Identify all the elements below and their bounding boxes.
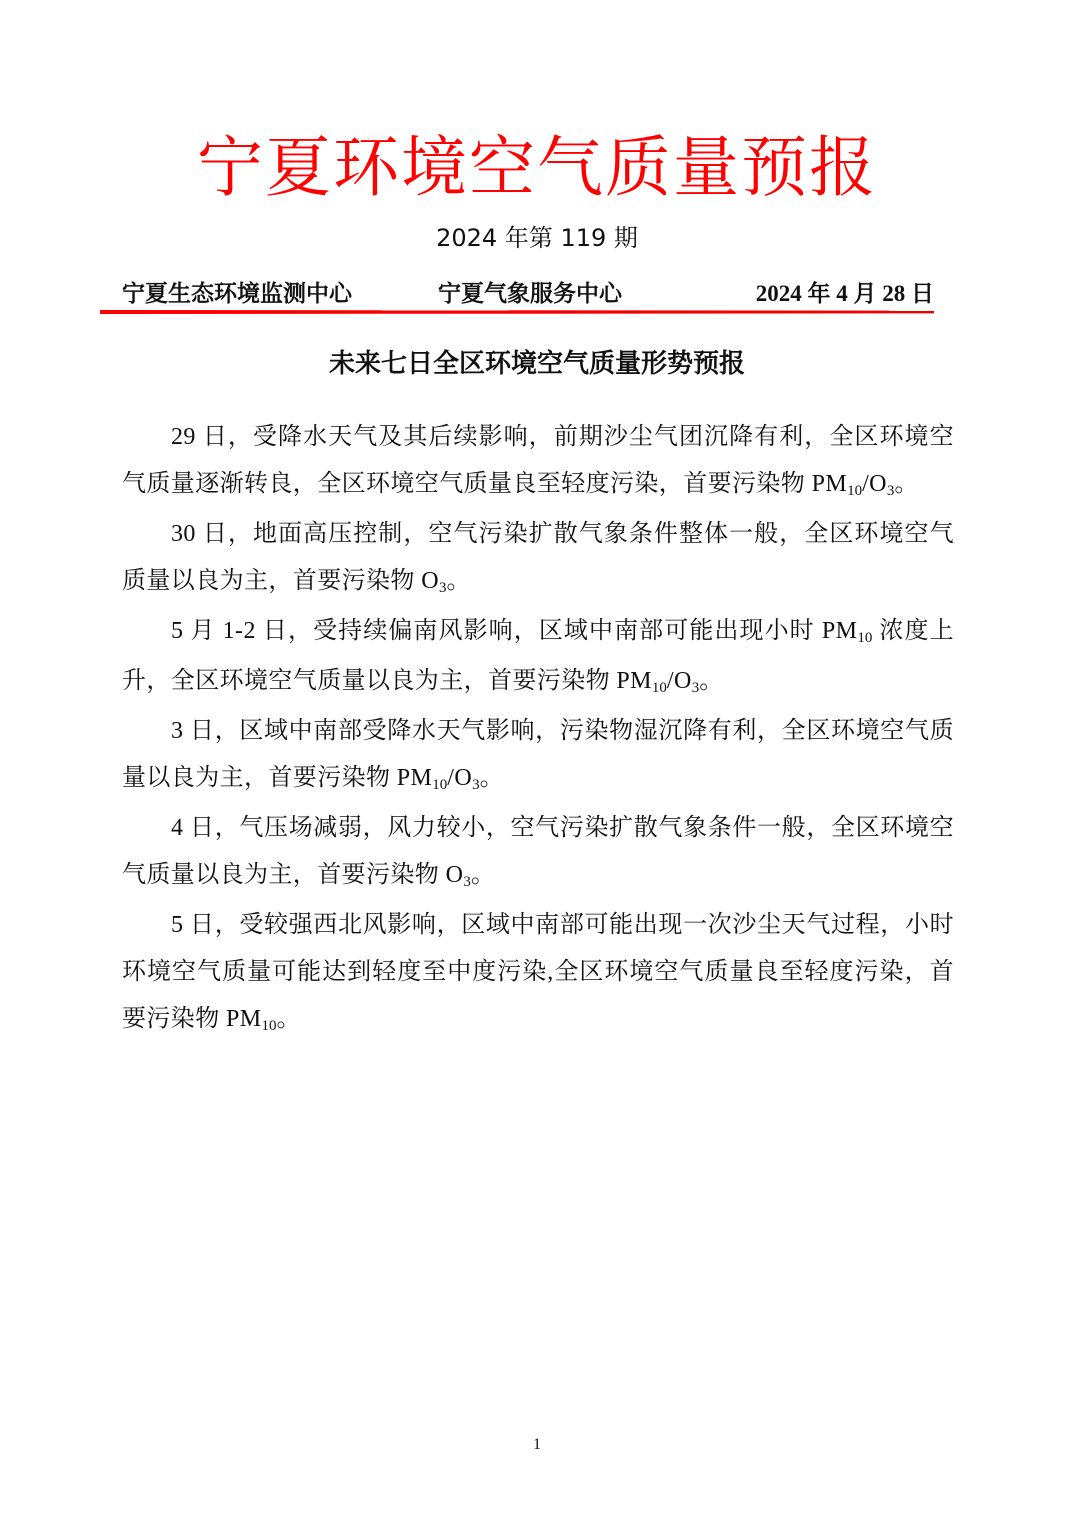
forecast-paragraph-day-4: 4 日，气压场减弱，风力较小，空气污染扩散气象条件一般，全区环境空气质量以良为主… bbox=[122, 805, 954, 902]
paragraph-text: 5 日，受较强西北风影响，区域中南部可能出现一次沙尘天气过程，小时环境空气质量可… bbox=[122, 912, 954, 1032]
forecast-paragraph-day-30: 30 日，地面高压控制，空气污染扩散气象条件整体一般，全区环境空气质量以良为主，… bbox=[122, 511, 954, 608]
paragraph-text: 29 日，受降水天气及其后续影响，前期沙尘气团沉降有利，全区环境空气质量逐渐转良… bbox=[122, 424, 954, 497]
section-heading: 未来七日全区环境空气质量形势预报 bbox=[0, 344, 1074, 384]
issue-number: 2024 年第 119 期 bbox=[0, 220, 1074, 256]
masthead-title: 宁夏环境空气质量预报 bbox=[0, 128, 1074, 208]
paragraph-text: 。 bbox=[699, 668, 723, 694]
paragraph-text: /O bbox=[447, 765, 472, 791]
paragraph-text: /O bbox=[862, 471, 887, 497]
forecast-paragraph-may-1-2: 5 月 1-2 日，受持续偏南风影响，区域中南部可能出现小时 PM10 浓度上升… bbox=[122, 608, 954, 708]
subscript: 10 bbox=[262, 1018, 277, 1034]
paragraph-text: /O bbox=[667, 668, 692, 694]
paragraph-text: 3 日，区域中南部受降水天气影响，污染物湿沉降有利，全区环境空气质量以良为主，首… bbox=[122, 718, 954, 791]
subscript: 10 bbox=[652, 680, 667, 696]
subscript: 10 bbox=[857, 630, 872, 646]
page-number: 1 bbox=[527, 1434, 547, 1456]
paragraph-text: 。 bbox=[894, 471, 918, 497]
publisher-row: 宁夏生态环境监测中心 宁夏气象服务中心 2024 年 4 月 28 日 bbox=[122, 278, 934, 310]
subscript: 3 bbox=[472, 777, 480, 793]
publisher-meteorology-center: 宁夏气象服务中心 bbox=[438, 278, 622, 310]
subscript: 10 bbox=[847, 483, 862, 499]
subscript: 3 bbox=[692, 680, 700, 696]
paragraph-text: 。 bbox=[277, 1006, 301, 1032]
document-page: 宁夏环境空气质量预报 2024 年第 119 期 宁夏生态环境监测中心 宁夏气象… bbox=[0, 0, 1074, 1520]
forecast-body: 29 日，受降水天气及其后续影响，前期沙尘气团沉降有利，全区环境空气质量逐渐转良… bbox=[122, 414, 954, 1046]
paragraph-text: 。 bbox=[471, 862, 495, 888]
paragraph-text: 。 bbox=[446, 568, 470, 594]
paragraph-text: 。 bbox=[480, 765, 504, 791]
publish-date: 2024 年 4 月 28 日 bbox=[756, 278, 934, 310]
subscript: 10 bbox=[432, 777, 447, 793]
paragraph-text: 5 月 1-2 日，受持续偏南风影响，区域中南部可能出现小时 PM bbox=[171, 618, 857, 644]
red-divider-rule bbox=[100, 310, 934, 314]
forecast-paragraph-day-29: 29 日，受降水天气及其后续影响，前期沙尘气团沉降有利，全区环境空气质量逐渐转良… bbox=[122, 414, 954, 511]
subscript: 3 bbox=[887, 483, 895, 499]
forecast-paragraph-day-3: 3 日，区域中南部受降水天气影响，污染物湿沉降有利，全区环境空气质量以良为主，首… bbox=[122, 708, 954, 805]
subscript: 3 bbox=[463, 874, 471, 890]
paragraph-text: 30 日，地面高压控制，空气污染扩散气象条件整体一般，全区环境空气质量以良为主，… bbox=[122, 521, 954, 594]
paragraph-text: 4 日，气压场减弱，风力较小，空气污染扩散气象条件一般，全区环境空气质量以良为主… bbox=[122, 815, 954, 888]
publisher-ecology-center: 宁夏生态环境监测中心 bbox=[122, 278, 352, 310]
subscript: 3 bbox=[439, 580, 447, 596]
forecast-paragraph-day-5: 5 日，受较强西北风影响，区域中南部可能出现一次沙尘天气过程，小时环境空气质量可… bbox=[122, 902, 954, 1046]
